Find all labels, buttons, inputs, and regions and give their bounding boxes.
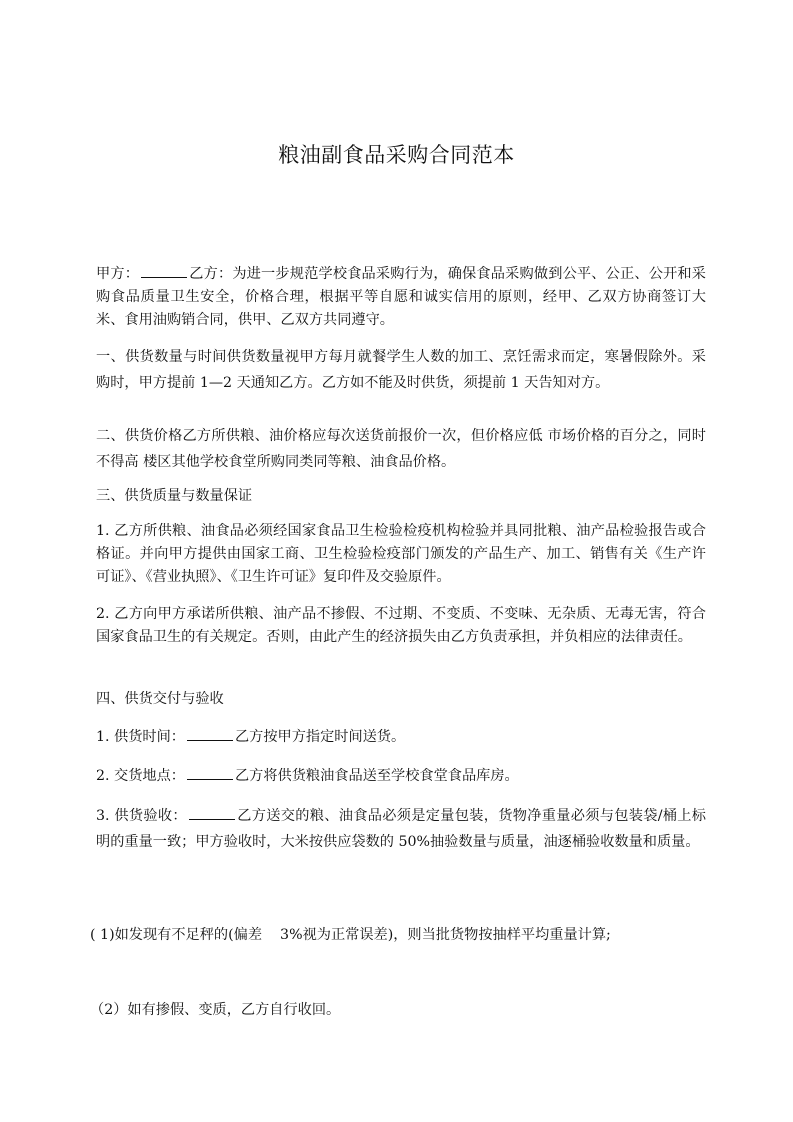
intro-paragraph: 甲方：乙方：为进一步规范学校食品采购行为，确保食品采购做到公平、公正、公开和采购… bbox=[96, 263, 706, 332]
quality-item-1: 1. 乙方所供粮、油食品必须经国家食品卫生检验检疫机构检验并具同批粮、油产品检验… bbox=[96, 520, 706, 589]
inspection-sub-item-2: （2）如有掺假、变质，乙方自行收回。 bbox=[90, 999, 700, 1022]
delivery-location-blank bbox=[187, 765, 233, 780]
delivery-item-time: 1. 供货时间：乙方按甲方指定时间送货。 bbox=[96, 726, 706, 749]
document-title: 粮油副食品采购合同范本 bbox=[0, 139, 793, 169]
quality-item-2: 2. 乙方向甲方承诺所供粮、油产品不掺假、不过期、不变质、不变味、无杂质、无毒无… bbox=[96, 603, 706, 649]
section-supply-price: 二、供货价格乙方所供粮、油价格应每次送货前报价一次，但价格应低 市场价格的百分之… bbox=[96, 423, 706, 475]
section-supply-quantity: 一、供货数量与时间供货数量视甲方每月就餐学生人数的加工、烹饪需求而定，寒暑假除外… bbox=[96, 344, 706, 396]
delivery-location-text: 乙方将供货粮油食品送至学校食堂食品库房。 bbox=[235, 768, 519, 784]
delivery-inspection-label: 3. 供货验收： bbox=[96, 808, 187, 824]
delivery-item-location: 2. 交货地点：乙方将供货粮油食品送至学校食堂食品库房。 bbox=[96, 765, 706, 788]
delivery-time-label: 1. 供货时间： bbox=[96, 729, 185, 745]
delivery-inspection-blank bbox=[189, 805, 235, 820]
party-a-label: 甲方： bbox=[96, 266, 139, 282]
section-quality-heading: 三、供货质量与数量保证 bbox=[96, 485, 706, 508]
delivery-location-label: 2. 交货地点： bbox=[96, 768, 185, 784]
delivery-item-inspection: 3. 供货验收：乙方送交的粮、油食品必须是定量包装，货物净重量必须与包装袋/桶上… bbox=[96, 803, 706, 855]
delivery-inspection-text: 乙方送交的粮、油食品必须是定量包装，货物净重量必须与包装袋/桶上标明的重量一致；… bbox=[96, 808, 706, 850]
party-a-blank bbox=[141, 263, 187, 278]
document-page: 粮油副食品采购合同范本 甲方：乙方：为进一步规范学校食品采购行为，确保食品采购做… bbox=[0, 0, 793, 1122]
delivery-time-blank bbox=[187, 726, 233, 741]
section-delivery-heading: 四、供货交付与验收 bbox=[96, 688, 706, 711]
delivery-time-text: 乙方按甲方指定时间送货。 bbox=[235, 729, 405, 745]
inspection-sub-item-1: ( 1)如发现有不足秤的(偏差 3%视为正常误差)，则当批货物按抽样平均重量计算… bbox=[90, 924, 710, 947]
intro-text: 乙方：为进一步规范学校食品采购行为，确保食品采购做到公平、公正、公开和采购食品质… bbox=[96, 266, 706, 328]
